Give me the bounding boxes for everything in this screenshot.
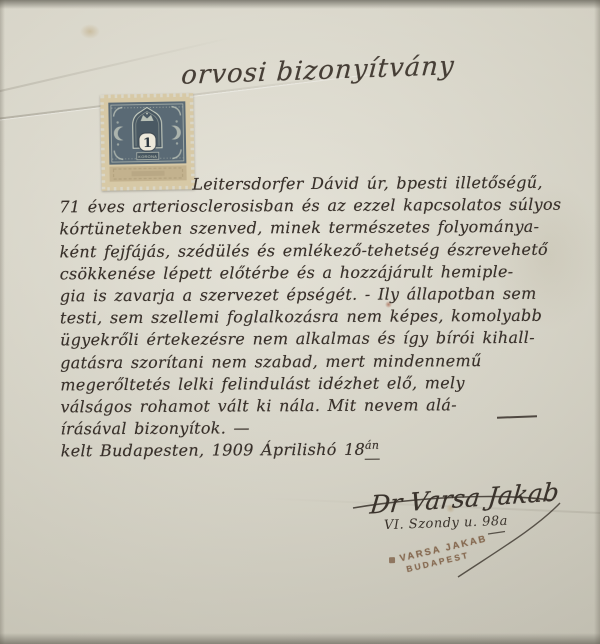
scan-edge-right: [594, 0, 600, 644]
body-line: Leitersdorfer Dávid úr, bpesti illetőség…: [59, 172, 569, 197]
body-line: válságos rohamot vált ki nála. Mit nevem…: [60, 394, 570, 419]
body-line: kórtünetekben szenved, minek természetes…: [59, 216, 569, 241]
scan-edge-top: [0, 0, 600, 9]
date-line: kelt Budapesten, 1909 Áprilishó 18án: [61, 438, 571, 467]
signature-name: Dr Varsa Jakab: [351, 476, 579, 521]
document-scan: orvosi bizonyítvány: [0, 0, 600, 644]
date-superscript: án: [365, 435, 379, 459]
rubber-stamp: VARSA JAKAB BUDAPEST: [388, 533, 491, 577]
body-line: testi, sem szellemi foglalkozásra nem ké…: [60, 305, 570, 330]
body-line: írásával bizonyítok. —: [61, 416, 571, 441]
rubber-stamp-mark: [389, 557, 395, 563]
stamp-currency-label: KORONA: [138, 155, 157, 159]
date-text: kelt Budapesten, 1909 Áprilishó 18: [61, 440, 365, 461]
body-line: megerőltetés lelki felindulást idézhet e…: [60, 371, 570, 396]
body-line: ként fejfájás, szédülés és emlékező-tehe…: [60, 238, 570, 263]
body-line: gia is zavarja a szervezet épségét. - Il…: [60, 283, 570, 308]
address-underline-stroke: [488, 532, 505, 535]
paper-stain: [80, 24, 100, 39]
document-title: orvosi bizonyítvány: [167, 51, 469, 92]
body-line: ügyekrőli értekezésre nem alkalmas és íg…: [60, 327, 570, 352]
signature-address: VI. Szondy u. 98a: [384, 514, 508, 533]
body-text: Leitersdorfer Dávid úr, bpesti illetőség…: [59, 172, 571, 467]
body-line: csökkenése lépett előtérbe és a hozzájár…: [60, 260, 570, 285]
body-line: 71 éves arteriosclerosisban és az ezzel …: [59, 194, 569, 219]
scan-edge-left: [0, 0, 5, 644]
body-line: gatásra szorítani nem szabad, mert minde…: [60, 349, 570, 374]
scan-edge-bottom: [0, 633, 600, 644]
stamp-denomination: 1: [143, 136, 152, 151]
